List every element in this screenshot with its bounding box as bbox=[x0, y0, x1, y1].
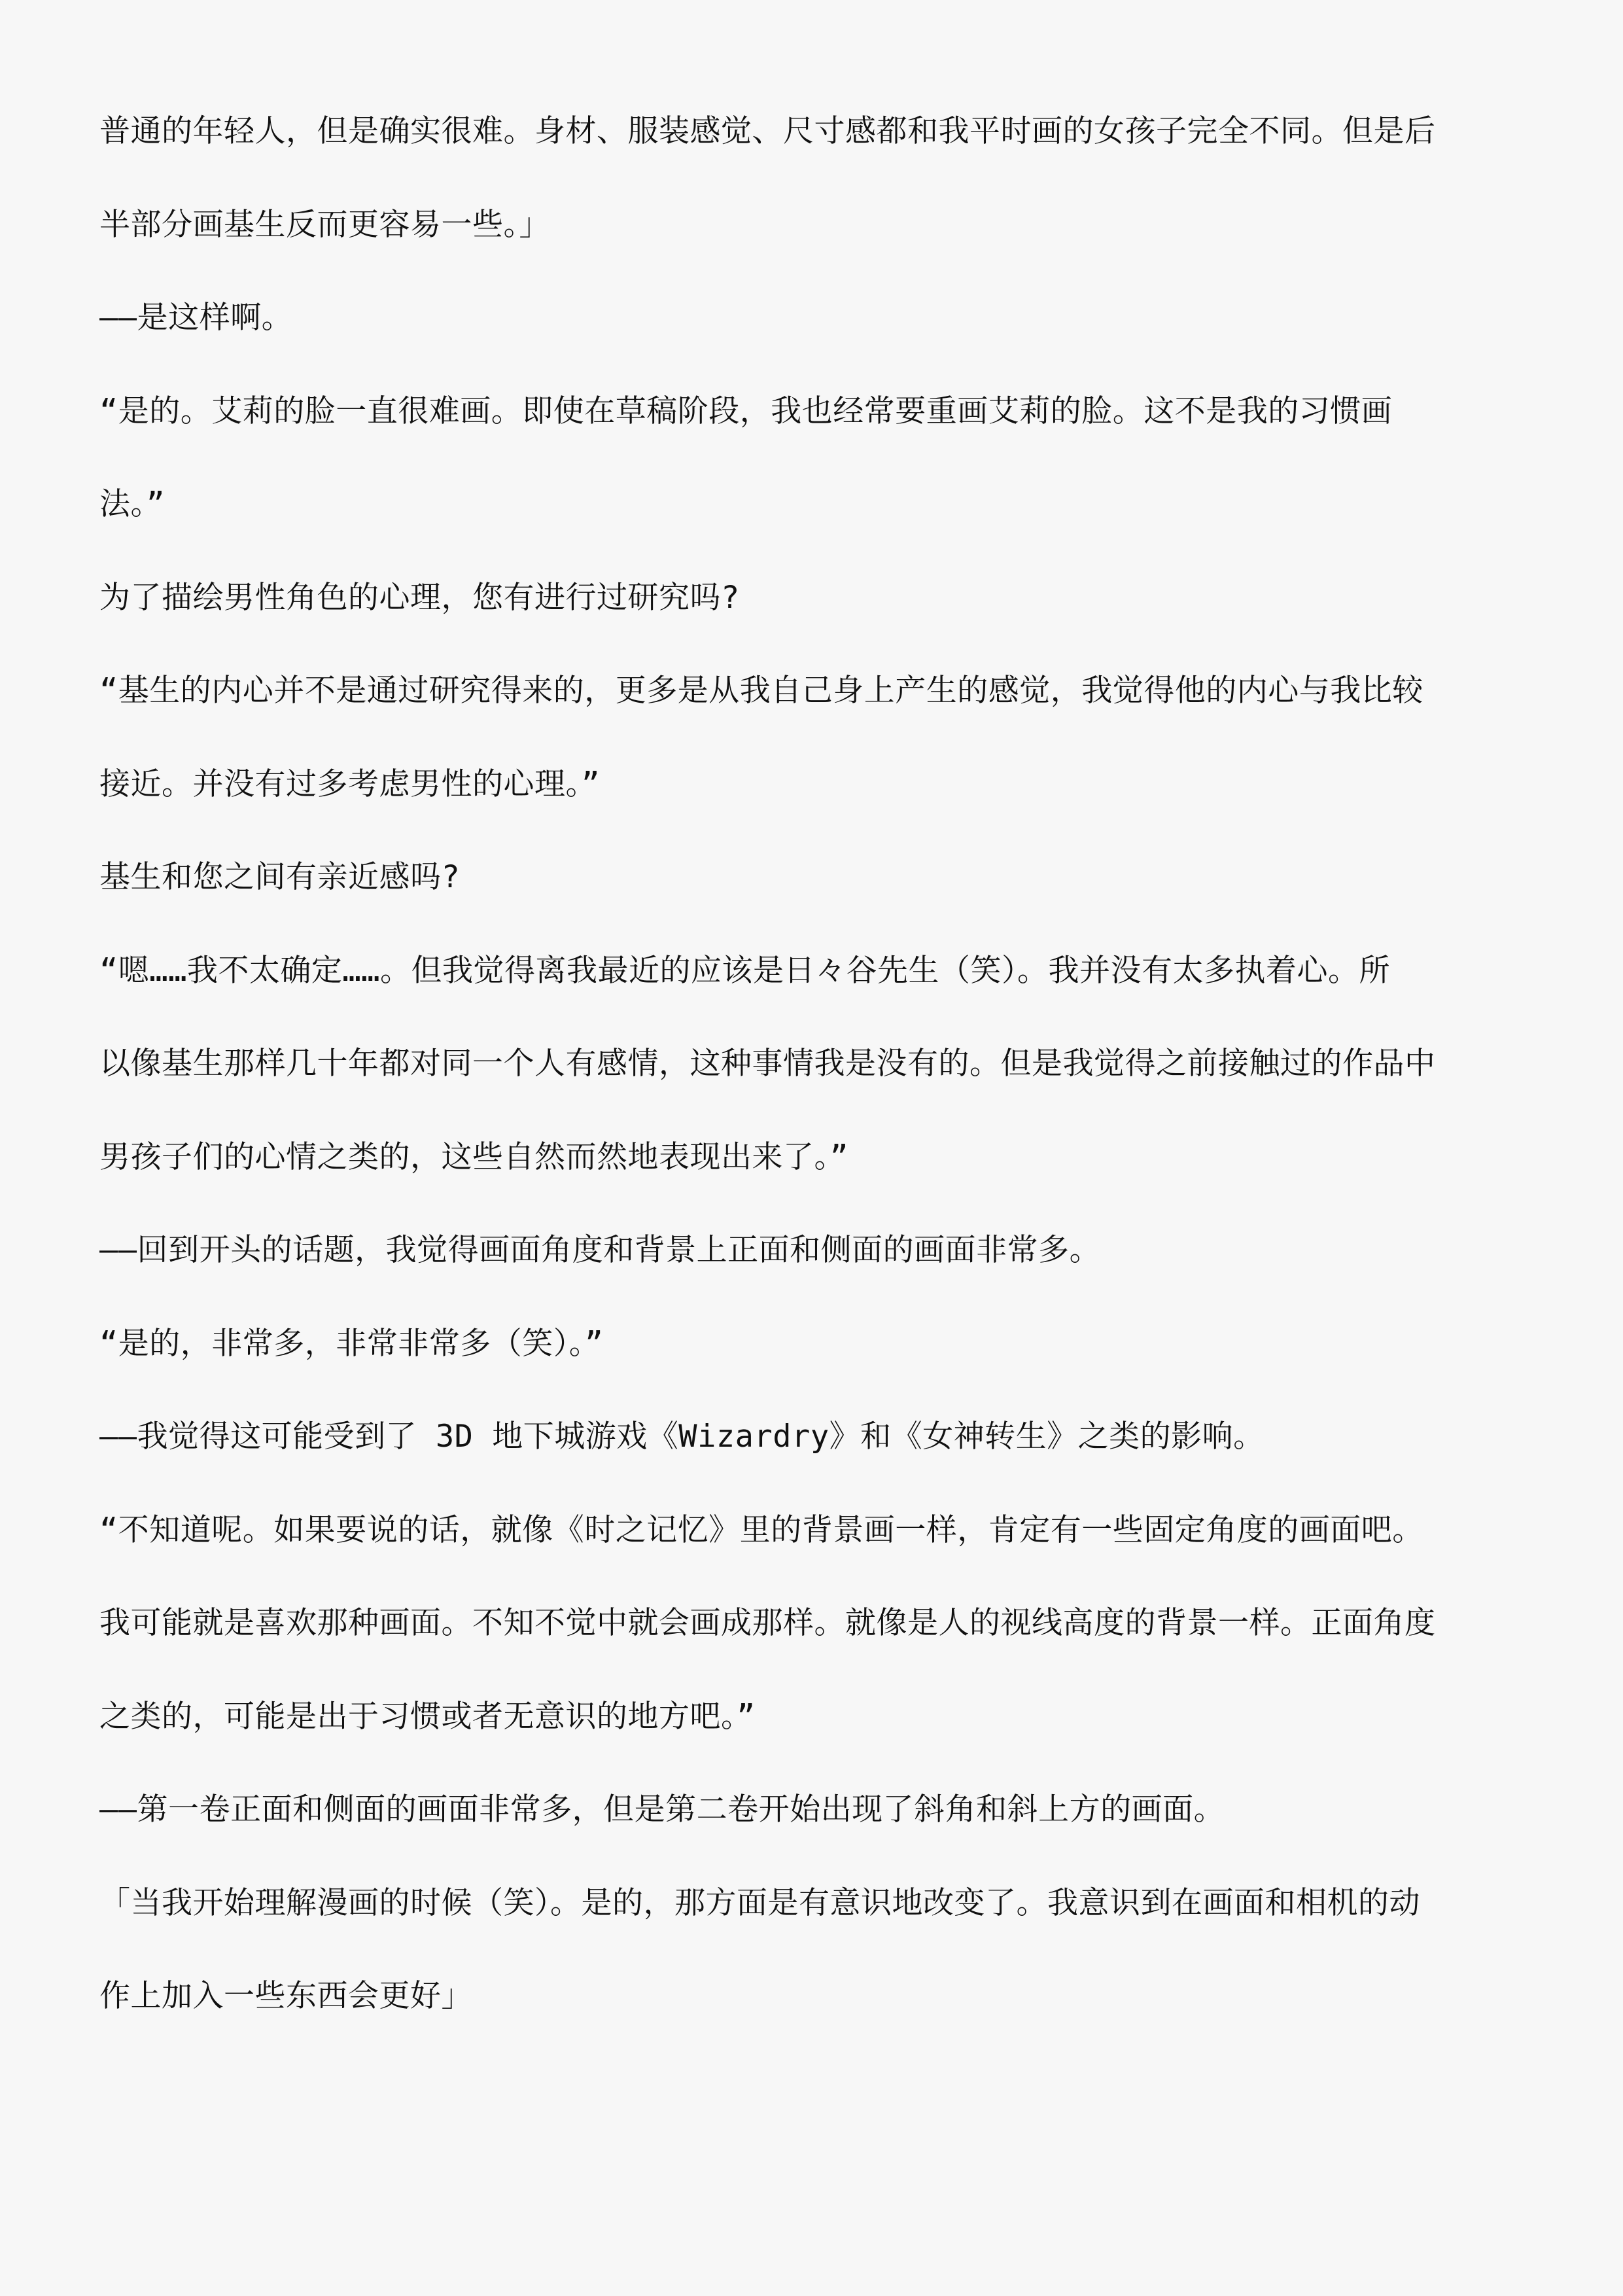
text-line: ——回到开头的话题，我觉得画面角度和背景上正面和侧面的画面非常多。 bbox=[99, 1224, 1512, 1317]
text-line: 「当我开始理解漫画的时候（笑）。是的，那方面是有意识地改变了。我意识到在画面和相… bbox=[99, 1877, 1512, 1970]
paragraph-question: ——我觉得这可能受到了 3D 地下城游戏《Wizardry》和《女神转生》之类的… bbox=[99, 1410, 1512, 1504]
paragraph-answer: 「当我开始理解漫画的时候（笑）。是的，那方面是有意识地改变了。我意识到在画面和相… bbox=[99, 1877, 1512, 2063]
paragraph-answer: “嗯……我不太确定……。但我觉得离我最近的应该是日々谷先生（笑）。我并没有太多执… bbox=[99, 944, 1512, 1224]
paragraph-answer: “不知道呢。如果要说的话，就像《时之记忆》里的背景画一样，肯定有一些固定角度的画… bbox=[99, 1504, 1512, 1784]
text-line: “不知道呢。如果要说的话，就像《时之记忆》里的背景画一样，肯定有一些固定角度的画… bbox=[99, 1504, 1512, 1597]
paragraph-question: 基生和您之间有亲近感吗? bbox=[99, 851, 1512, 944]
paragraph-question: 为了描绘男性角色的心理，您有进行过研究吗? bbox=[99, 571, 1512, 665]
text-line: “是的，非常多，非常非常多（笑）。” bbox=[99, 1317, 1512, 1411]
paragraph-question: ――第一卷正面和侧面的画面非常多，但是第二卷开始出现了斜角和斜上方的画面。 bbox=[99, 1783, 1512, 1877]
paragraph-answer: “基生的内心并不是通过研究得来的，更多是从我自己身上产生的感觉，我觉得他的内心与… bbox=[99, 664, 1512, 851]
text-line: 之类的，可能是出于习惯或者无意识的地方吧。” bbox=[99, 1690, 1512, 1784]
paragraph-answer: “是的。艾莉的脸一直很难画。即使在草稿阶段，我也经常要重画艾莉的脸。这不是我的习… bbox=[99, 385, 1512, 571]
document-page: 普通的年轻人，但是确实很难。身材、服装感觉、尺寸感都和我平时画的女孩子完全不同。… bbox=[99, 105, 1512, 2063]
text-line: ——我觉得这可能受到了 3D 地下城游戏《Wizardry》和《女神转生》之类的… bbox=[99, 1410, 1512, 1504]
paragraph-answer: “是的，非常多，非常非常多（笑）。” bbox=[99, 1317, 1512, 1411]
paragraph-question: ——回到开头的话题，我觉得画面角度和背景上正面和侧面的画面非常多。 bbox=[99, 1224, 1512, 1317]
text-line: 男孩子们的心情之类的，这些自然而然地表现出来了。” bbox=[99, 1131, 1512, 1224]
text-line: “嗯……我不太确定……。但我觉得离我最近的应该是日々谷先生（笑）。我并没有太多执… bbox=[99, 944, 1512, 1038]
text-line: ——是这样啊。 bbox=[99, 291, 1512, 385]
text-line: 法。” bbox=[99, 478, 1512, 571]
text-line: 以像基生那样几十年都对同一个人有感情，这种事情我是没有的。但是我觉得之前接触过的… bbox=[99, 1037, 1512, 1131]
text-line: 普通的年轻人，但是确实很难。身材、服装感觉、尺寸感都和我平时画的女孩子完全不同。… bbox=[99, 105, 1512, 198]
text-line: 我可能就是喜欢那种画面。不知不觉中就会画成那样。就像是人的视线高度的背景一样。正… bbox=[99, 1597, 1512, 1690]
text-line: “是的。艾莉的脸一直很难画。即使在草稿阶段，我也经常要重画艾莉的脸。这不是我的习… bbox=[99, 385, 1512, 478]
text-line: 半部分画基生反而更容易一些。」 bbox=[99, 198, 1512, 292]
text-line: 作上加入一些东西会更好」 bbox=[99, 1969, 1512, 2063]
text-line: 基生和您之间有亲近感吗? bbox=[99, 851, 1512, 944]
paragraph-answer-continuation: 普通的年轻人，但是确实很难。身材、服装感觉、尺寸感都和我平时画的女孩子完全不同。… bbox=[99, 105, 1512, 291]
paragraph-question: ——是这样啊。 bbox=[99, 291, 1512, 385]
text-line: “基生的内心并不是通过研究得来的，更多是从我自己身上产生的感觉，我觉得他的内心与… bbox=[99, 664, 1512, 758]
text-line: ――第一卷正面和侧面的画面非常多，但是第二卷开始出现了斜角和斜上方的画面。 bbox=[99, 1783, 1512, 1877]
text-line: 为了描绘男性角色的心理，您有进行过研究吗? bbox=[99, 571, 1512, 665]
text-line: 接近。并没有过多考虑男性的心理。” bbox=[99, 758, 1512, 851]
